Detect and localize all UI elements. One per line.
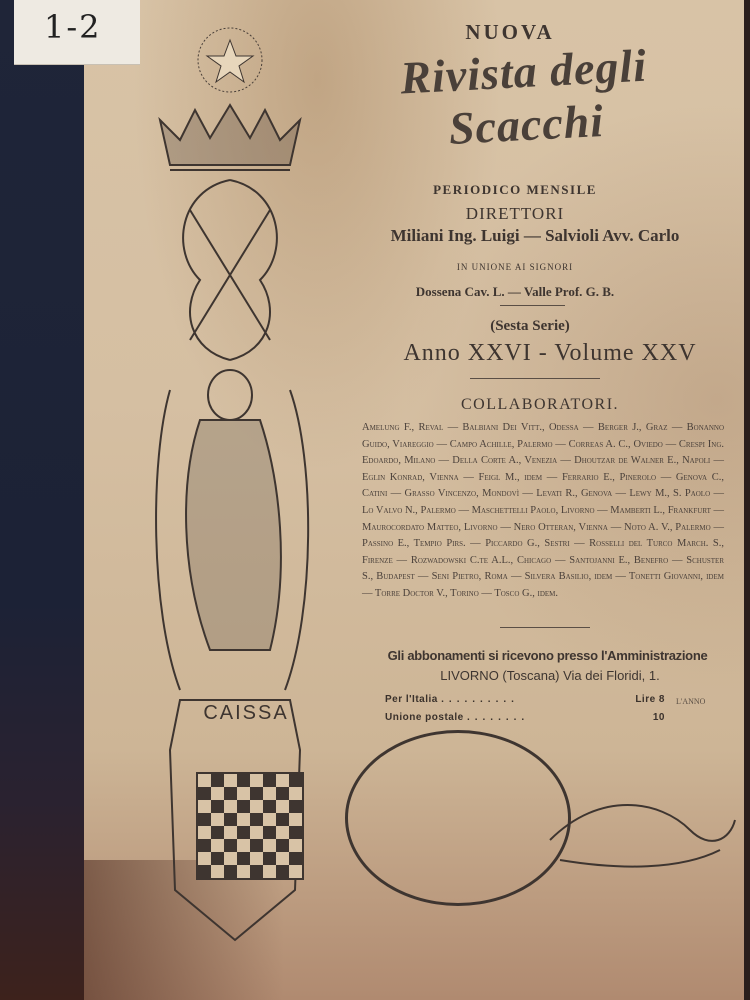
direttori-names: Miliani Ing. Luigi — Salvioli Avv. Carlo — [350, 226, 720, 246]
direttori-heading: DIRETTORI — [440, 204, 590, 224]
serie: (Sesta Serie) — [460, 318, 600, 335]
collaboratori-list: Amelung F., Reval — Balbiani Dei Vitt., … — [362, 420, 724, 603]
divider — [500, 627, 590, 628]
catalog-label: 1-2 — [14, 0, 140, 65]
title-rivista: Rivista degli Scacchi — [332, 35, 717, 161]
associate-names: Dossena Cav. L. — Valle Prof. G. B. — [380, 284, 650, 300]
star-icon — [198, 28, 262, 92]
book-spine — [0, 0, 88, 1000]
flourish-ornament — [540, 780, 740, 880]
scroll-ornament — [183, 180, 277, 360]
chessboard-emblem — [196, 772, 304, 880]
page-edge — [744, 0, 750, 1000]
price-label: Per l'Italia — [385, 694, 438, 705]
caissa-figure — [156, 370, 308, 690]
title-nuova: NUOVA — [440, 20, 580, 45]
caissa-banner: CAISSA — [196, 702, 296, 725]
divider — [500, 305, 565, 306]
price-row-unione: Unione postale ........ 10 — [385, 712, 665, 723]
knight-vignette — [345, 730, 571, 906]
price-value: 10 — [653, 712, 665, 723]
anno-volume: Anno XXVI - Volume XXV — [350, 340, 750, 367]
periodico-mensile: PERIODICO MENSILE — [400, 182, 630, 198]
subscription-address: LIVORNO (Toscana) Via dei Floridi, 1. — [400, 668, 700, 683]
price-value: Lire 8 — [635, 694, 665, 705]
crown-icon — [160, 105, 300, 170]
per-anno: L'ANNO — [676, 697, 705, 706]
price-label: Unione postale — [385, 712, 464, 723]
price-dots: ........ — [467, 712, 529, 723]
collaboratori-heading: COLLABORATORI. — [430, 396, 650, 414]
subscription-notice: Gli abbonamenti si ricevono presso l'Amm… — [375, 648, 720, 663]
in-unione: IN UNIONE AI SIGNORI — [400, 262, 630, 272]
catalog-label-text: 1-2 — [44, 8, 102, 46]
divider — [470, 378, 600, 379]
price-dots: .......... — [441, 694, 519, 705]
price-row-italia: Per l'Italia .......... Lire 8 — [385, 694, 665, 705]
